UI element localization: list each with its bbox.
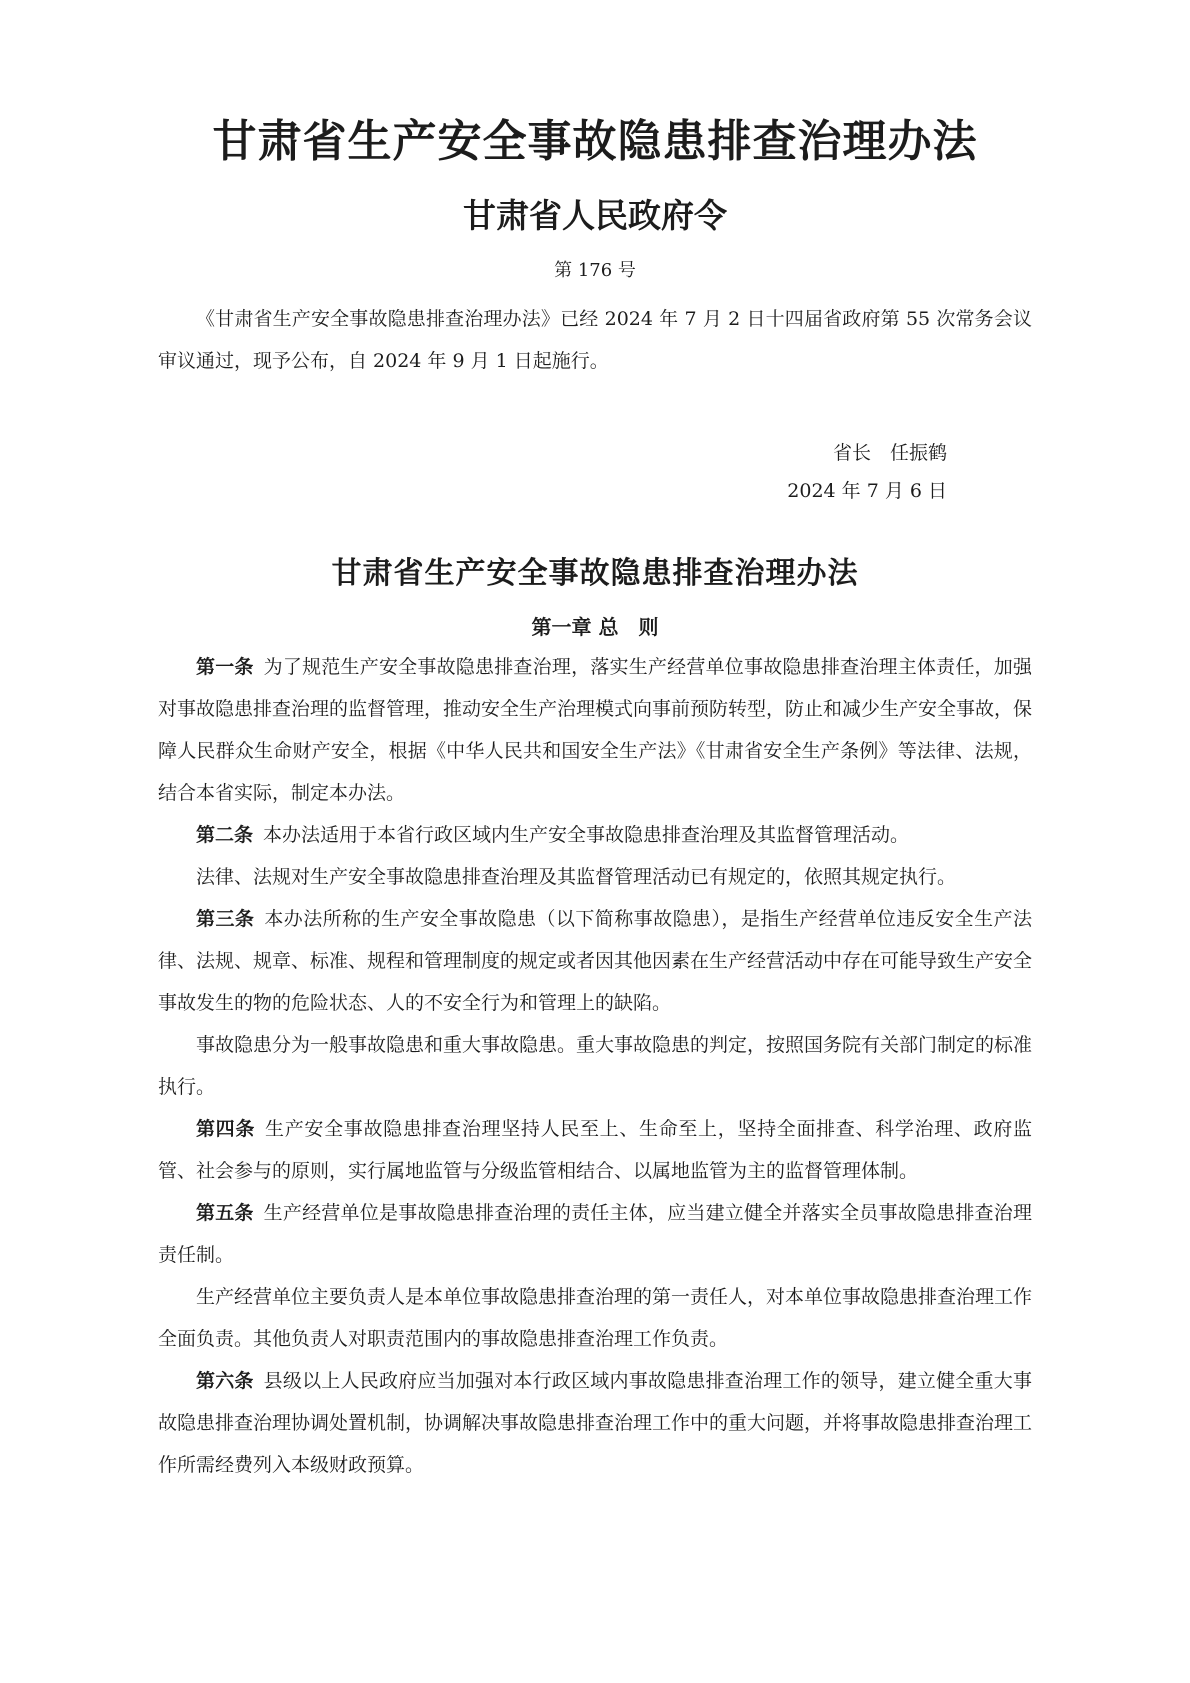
article-paragraph: 第一条为了规范生产安全事故隐患排查治理，落实生产经营单位事故隐患排查治理主体责任… xyxy=(158,646,1032,814)
signer-line: 省长 任振鹤 xyxy=(158,434,947,472)
article-text: 本办法适用于本省行政区域内生产安全事故隐患排查治理及其监督管理活动。 xyxy=(263,824,909,846)
article-label: 第二条 xyxy=(196,824,253,846)
article-paragraph: 第五条生产经营单位是事故隐患排查治理的责任主体，应当建立健全并落实全员事故隐患排… xyxy=(158,1192,1032,1276)
article-text: 为了规范生产安全事故隐患排查治理，落实生产经营单位事故隐患排查治理主体责任，加强… xyxy=(158,656,1032,804)
main-title: 甘肃省生产安全事故隐患排查治理办法 xyxy=(158,112,1032,172)
article-paragraph: 事故隐患分为一般事故隐患和重大事故隐患。重大事故隐患的判定，按照国务院有关部门制… xyxy=(158,1024,1032,1108)
decree-number: 第 176 号 xyxy=(158,258,1032,284)
article-paragraph: 生产经营单位主要负责人是本单位事故隐患排查治理的第一责任人，对本单位事故隐患排查… xyxy=(158,1276,1032,1360)
article-label: 第六条 xyxy=(196,1370,254,1392)
article-text: 本办法所称的生产安全事故隐患（以下简称事故隐患），是指生产经营单位违反安全生产法… xyxy=(158,908,1032,1014)
article-paragraph: 第三条本办法所称的生产安全事故隐患（以下简称事故隐患），是指生产经营单位违反安全… xyxy=(158,898,1032,1024)
article-text: 县级以上人民政府应当加强对本行政区域内事故隐患排查治理工作的领导，建立健全重大事… xyxy=(158,1370,1032,1476)
article-paragraph: 第六条县级以上人民政府应当加强对本行政区域内事故隐患排查治理工作的领导，建立健全… xyxy=(158,1360,1032,1486)
article-paragraph: 法律、法规对生产安全事故隐患排查治理及其监督管理活动已有规定的，依照其规定执行。 xyxy=(158,856,1032,898)
article-label: 第五条 xyxy=(196,1202,254,1224)
article-text: 生产经营单位是事故隐患排查治理的责任主体，应当建立健全并落实全员事故隐患排查治理… xyxy=(158,1202,1032,1266)
regulation-title: 甘肃省生产安全事故隐患排查治理办法 xyxy=(158,554,1032,594)
article-label: 第一条 xyxy=(196,656,254,678)
articles-container: 第一条为了规范生产安全事故隐患排查治理，落实生产经营单位事故隐患排查治理主体责任… xyxy=(158,646,1032,1486)
decree-date: 2024 年 7 月 6 日 xyxy=(158,472,947,510)
signature-block: 省长 任振鹤 2024 年 7 月 6 日 xyxy=(158,434,1032,510)
document-page: 甘肃省生产安全事故隐患排查治理办法 甘肃省人民政府令 第 176 号 《甘肃省生… xyxy=(0,0,1190,1683)
article-text: 事故隐患分为一般事故隐患和重大事故隐患。重大事故隐患的判定，按照国务院有关部门制… xyxy=(158,1034,1032,1098)
chapter-heading: 第一章 总 则 xyxy=(158,610,1032,644)
article-text: 法律、法规对生产安全事故隐患排查治理及其监督管理活动已有规定的，依照其规定执行。 xyxy=(196,866,956,888)
article-paragraph: 第二条本办法适用于本省行政区域内生产安全事故隐患排查治理及其监督管理活动。 xyxy=(158,814,1032,856)
article-label: 第四条 xyxy=(196,1118,255,1140)
decree-announcement: 《甘肃省生产安全事故隐患排查治理办法》已经 2024 年 7 月 2 日十四届省… xyxy=(158,298,1032,382)
decree-org-title: 甘肃省人民政府令 xyxy=(158,196,1032,236)
article-paragraph: 第四条生产安全事故隐患排查治理坚持人民至上、生命至上，坚持全面排查、科学治理、政… xyxy=(158,1108,1032,1192)
article-text: 生产经营单位主要负责人是本单位事故隐患排查治理的第一责任人，对本单位事故隐患排查… xyxy=(158,1286,1032,1350)
article-text: 生产安全事故隐患排查治理坚持人民至上、生命至上，坚持全面排查、科学治理、政府监管… xyxy=(158,1118,1032,1182)
article-label: 第三条 xyxy=(196,908,254,930)
